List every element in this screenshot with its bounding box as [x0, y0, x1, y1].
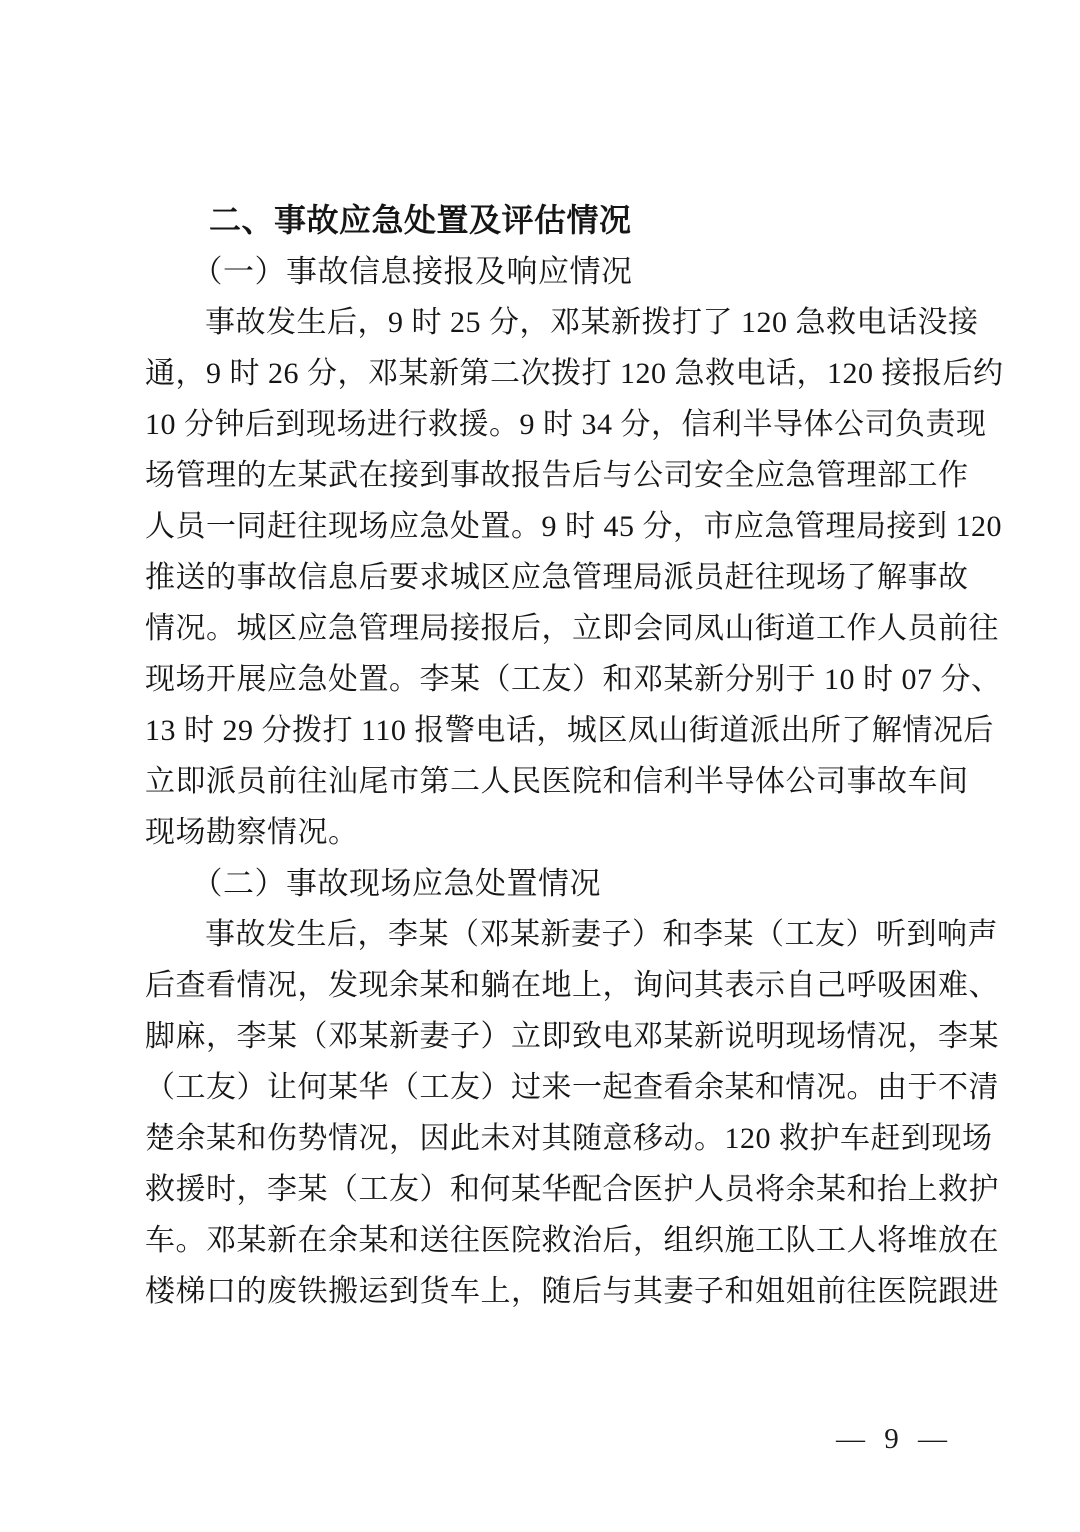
paragraph-line: 楼梯口的废铁搬运到货车上，随后与其妻子和姐姐前往医院跟进: [145, 1266, 955, 1317]
paragraph-line: 事故发生后，9 时 25 分，邓某新拨打了 120 急救电话没接: [145, 297, 955, 348]
paragraph-line: 通，9 时 26 分，邓某新第二次拨打 120 急救电话，120 接报后约: [145, 348, 955, 399]
paragraph-line: 现场勘察情况。: [145, 807, 955, 858]
paragraph-line: 事故发生后，李某（邓某新妻子）和李某（工友）听到响声: [145, 909, 955, 960]
sub-heading: （一）事故信息接报及响应情况: [145, 246, 955, 297]
document-page: 二、事故应急处置及评估情况（一）事故信息接报及响应情况事故发生后，9 时 25 …: [0, 0, 1080, 1532]
paragraph-line: 楚余某和伤势情况，因此未对其随意移动。120 救护车赶到现场: [145, 1113, 955, 1164]
paragraph-line: 车。邓某新在余某和送往医院救治后，组织施工队工人将堆放在: [145, 1215, 955, 1266]
sub-heading: （二）事故现场应急处置情况: [145, 858, 955, 909]
paragraph-line: 情况。城区应急管理局接报后，立即会同凤山街道工作人员前往: [145, 603, 955, 654]
paragraph-line: （工友）让何某华（工友）过来一起查看余某和情况。由于不清: [145, 1062, 955, 1113]
paragraph-line: 现场开展应急处置。李某（工友）和邓某新分别于 10 时 07 分、: [145, 654, 955, 705]
paragraph-line: 推送的事故信息后要求城区应急管理局派员赶往现场了解事故: [145, 552, 955, 603]
paragraph-line: 脚麻，李某（邓某新妻子）立即致电邓某新说明现场情况，李某: [145, 1011, 955, 1062]
paragraph-line: 立即派员前往汕尾市第二人民医院和信利半导体公司事故车间: [145, 756, 955, 807]
page-number: — 9 —: [836, 1422, 948, 1456]
paragraph-line: 救援时，李某（工友）和何某华配合医护人员将余某和抬上救护: [145, 1164, 955, 1215]
paragraph-line: 人员一同赶往现场应急处置。9 时 45 分，市应急管理局接到 120: [145, 501, 955, 552]
paragraph-line: 场管理的左某武在接到事故报告后与公司安全应急管理部工作: [145, 450, 955, 501]
paragraph-line: 10 分钟后到现场进行救援。9 时 34 分，信利半导体公司负责现: [145, 399, 955, 450]
paragraph-line: 后查看情况，发现余某和躺在地上，询问其表示自己呼吸困难、: [145, 960, 955, 1011]
section-heading: 二、事故应急处置及评估情况: [145, 195, 955, 246]
document-body: 二、事故应急处置及评估情况（一）事故信息接报及响应情况事故发生后，9 时 25 …: [145, 195, 955, 1317]
paragraph-line: 13 时 29 分拨打 110 报警电话，城区凤山街道派出所了解情况后: [145, 705, 955, 756]
